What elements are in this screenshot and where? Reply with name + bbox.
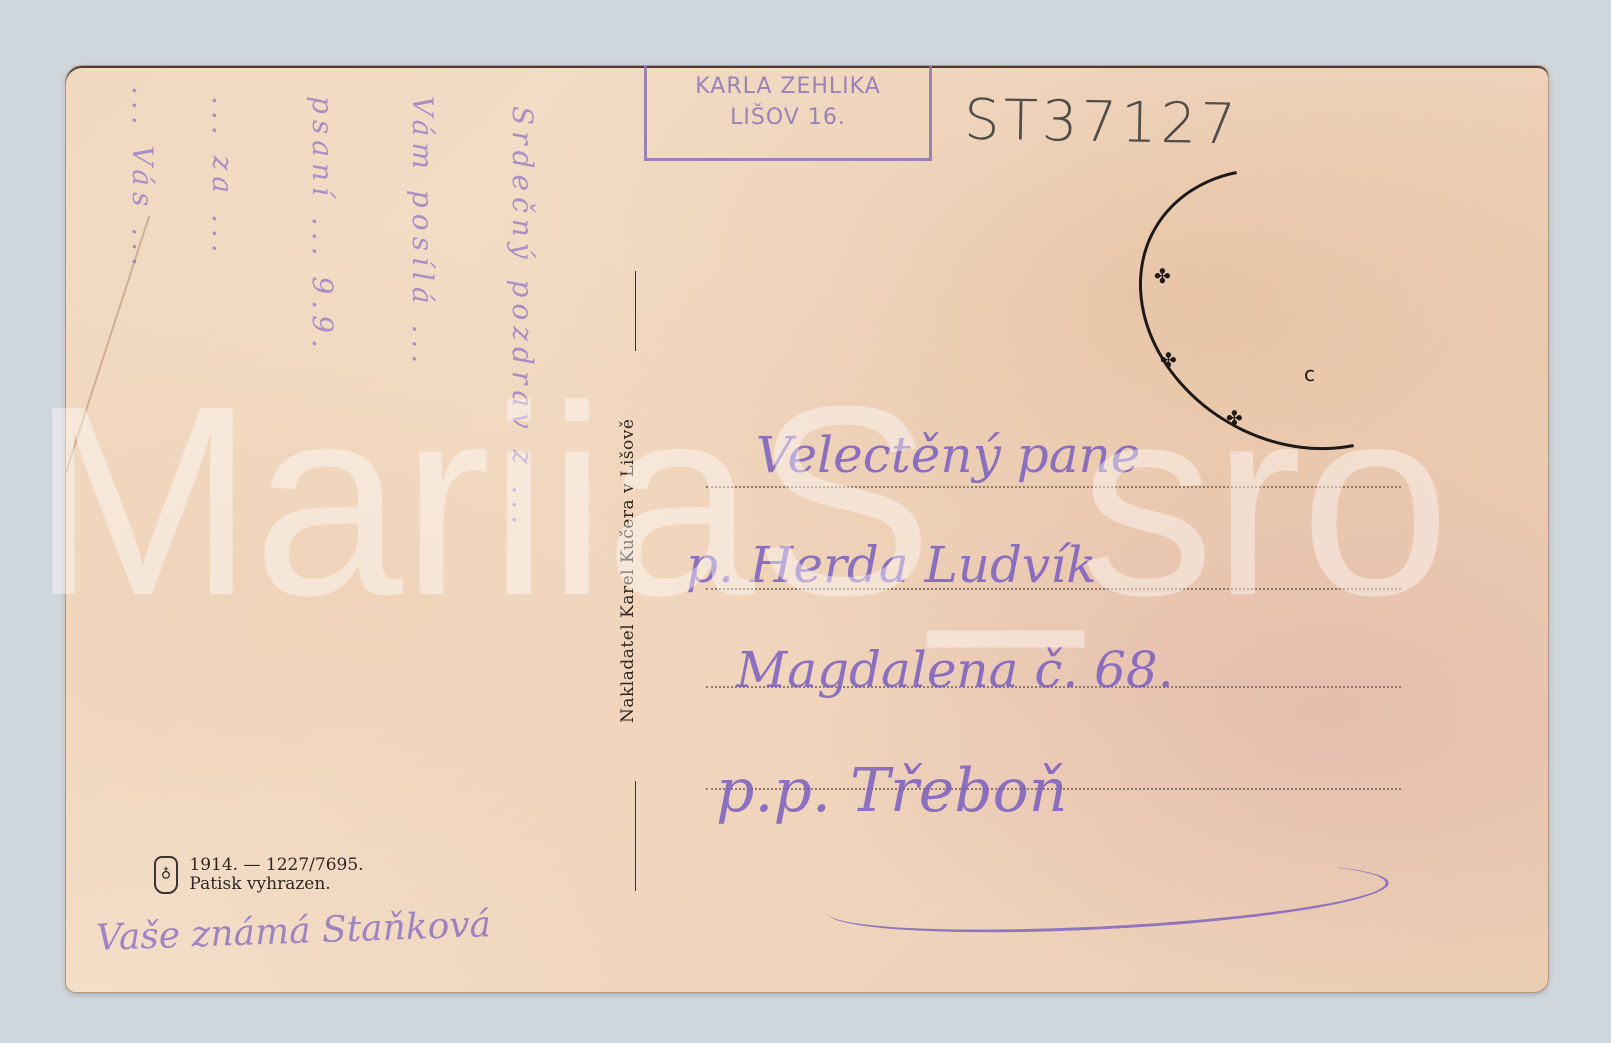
rubber-stamp: KARLA ZEHLIKA LIŠOV 16. — [644, 66, 932, 161]
stamp-line-2: LIŠOV 16. — [647, 105, 929, 130]
imprint-line-1: 1914. — 1227/7695. — [189, 856, 363, 875]
watermark: MariiaS_sro — [30, 372, 1590, 632]
inventory-number: ST37127 — [963, 88, 1240, 158]
lyre-logo-icon: ♁ — [154, 856, 178, 894]
flourish-underline — [825, 851, 1391, 943]
printer-imprint: ♁ 1914. — 1227/7695. Patisk vyhrazen. — [154, 856, 364, 894]
address-city: p.p. Třeboň — [716, 756, 1067, 826]
stamp-line-1: KARLA ZEHLIKA — [647, 74, 929, 99]
postmark-mark-icon: ✤ — [1154, 264, 1171, 288]
divider — [635, 271, 636, 351]
divider — [635, 781, 636, 891]
imprint-line-2: Patisk vyhrazen. — [189, 875, 363, 894]
